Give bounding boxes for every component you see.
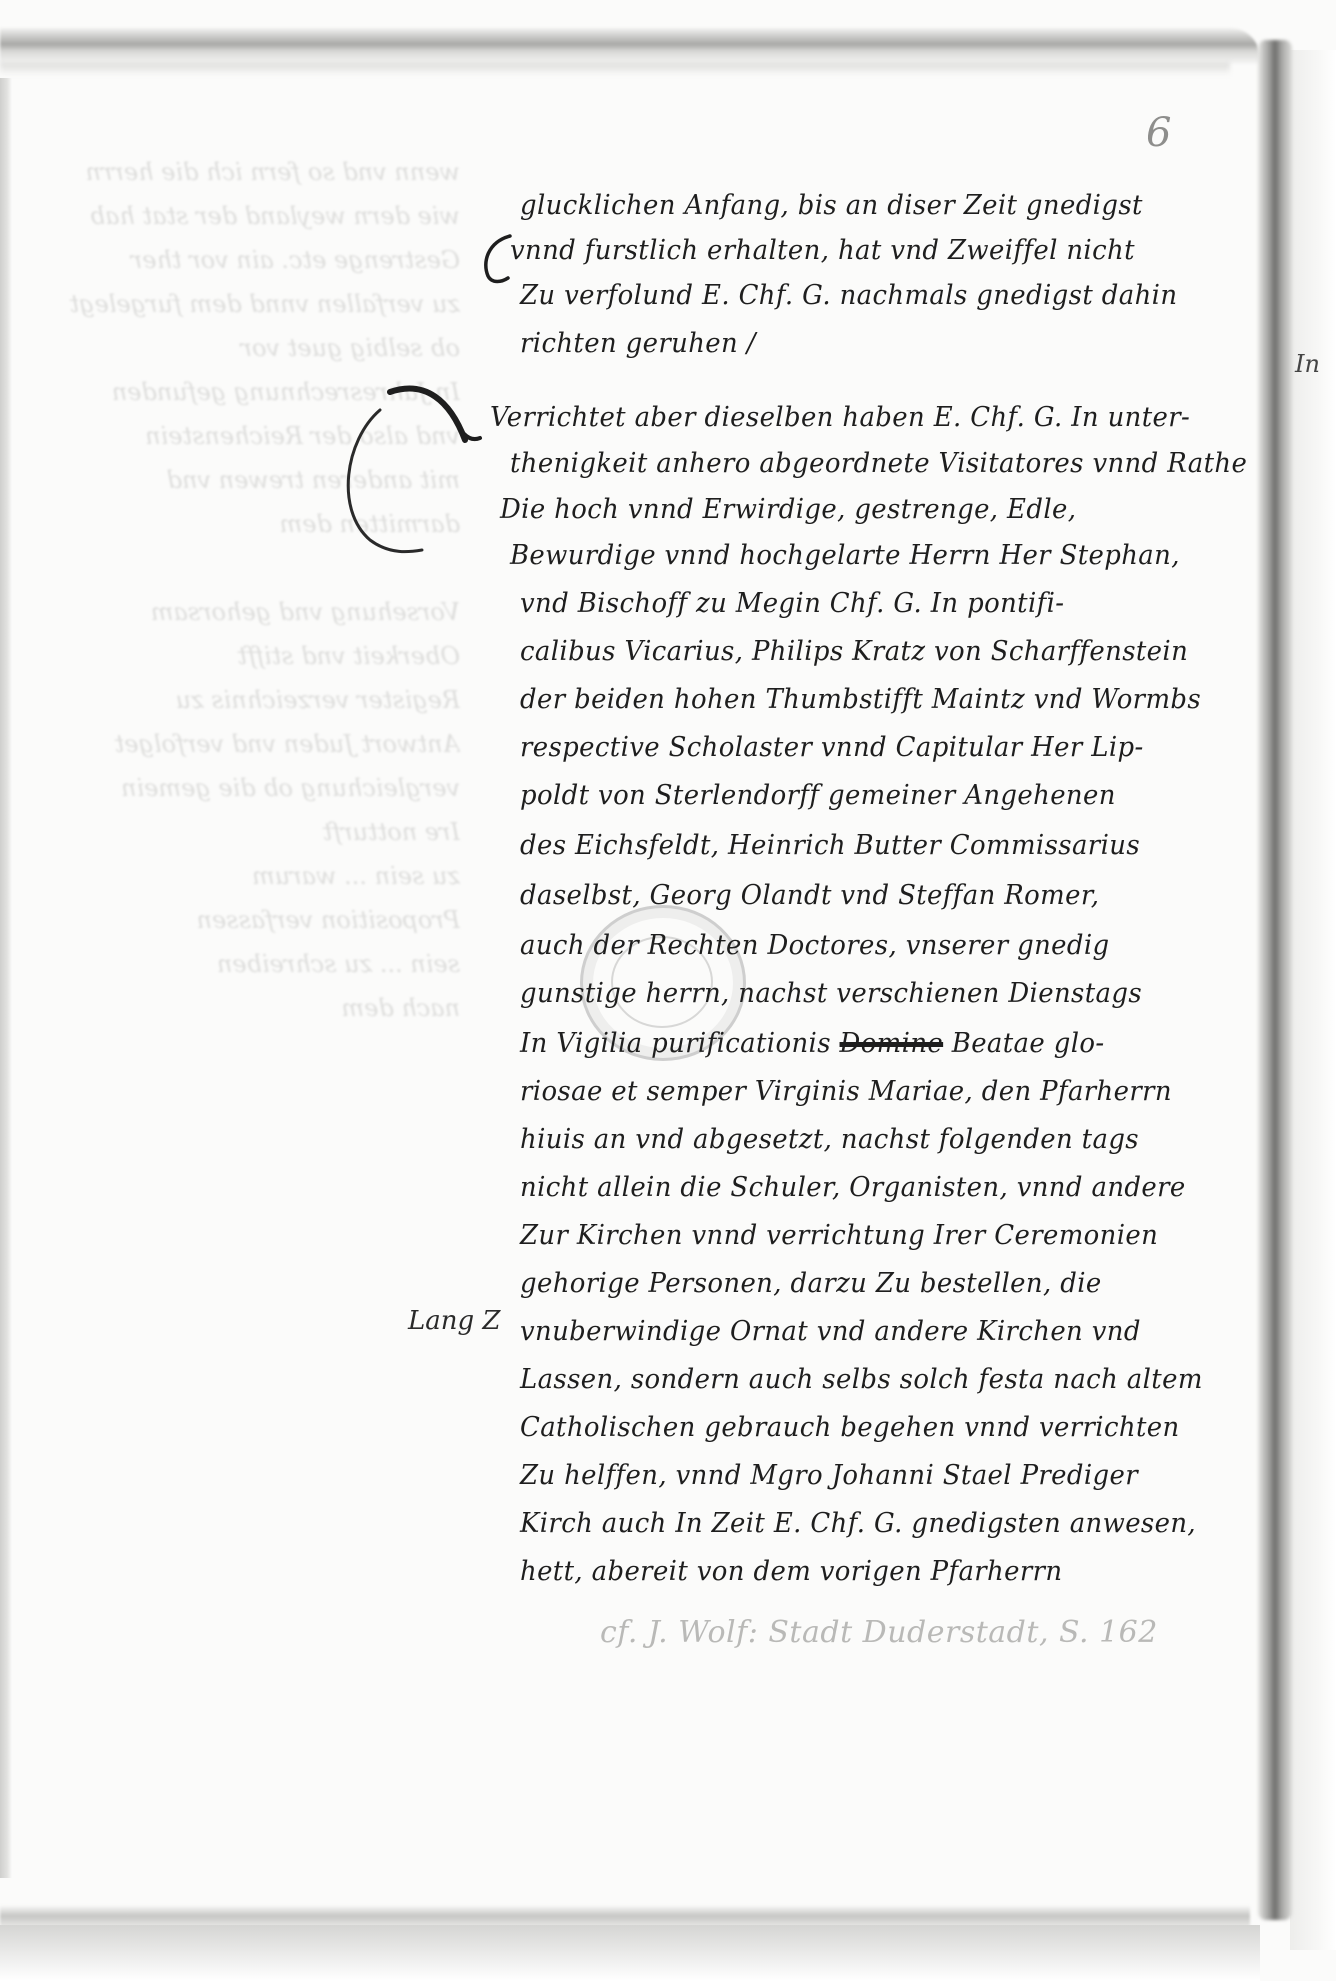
text-line: Zu helffen, vnnd Mgro Johanni Stael Pred… <box>520 1460 1138 1491</box>
struck-word: Domine <box>840 1028 944 1059</box>
bleed-line: Gestrenge etc. ain vor ther <box>40 238 460 282</box>
text-line: In Vigilia purificationis Domine Beatae … <box>520 1028 1105 1059</box>
text-line: auch der Rechten Doctores, vnserer gnedi… <box>520 930 1110 961</box>
pencil-reference: cf. J. Wolf: Stadt Duderstadt, S. 162 <box>600 1615 1158 1650</box>
text-line: Die hoch vnnd Erwirdige, gestrenge, Edle… <box>500 494 1076 525</box>
text-line: Bewurdige vnnd hochgelarte Herrn Her Ste… <box>510 540 1180 571</box>
bleed-line: ob selbig guet vor <box>40 326 460 370</box>
margin-note-left: Lang Z <box>408 1306 501 1336</box>
bleed-line: Register verzeichnis zu <box>40 678 460 722</box>
text-line: der beiden hohen Thumbstifft Maintz vnd … <box>520 684 1201 715</box>
bleed-line: nach dem <box>40 986 460 1030</box>
text-line: Kirch auch In Zeit E. Chf. G. gnedigsten… <box>520 1508 1196 1539</box>
folio-number: 6 <box>1146 110 1171 156</box>
text-line: glucklichen Anfang, bis an diser Zeit gn… <box>520 190 1143 221</box>
text-line: Zur Kirchen vnnd verrichtung Irer Ceremo… <box>520 1220 1158 1251</box>
bleed-line: Vorsehung vnd gehorsam <box>40 590 460 634</box>
page-top-shadow <box>0 62 1230 76</box>
bleed-line: Ire notturft <box>40 810 460 854</box>
bleed-line: sein ... zu schreiben <box>40 942 460 986</box>
manuscript-scan: wenn vnd so fern ich die herrn wie dern … <box>0 0 1336 1981</box>
text-line: gunstige herrn, nachst verschienen Diens… <box>520 978 1142 1009</box>
text-line: nicht allein die Schuler, Organisten, vn… <box>520 1172 1186 1203</box>
bleed-line: vergleichung ob die gemein <box>40 766 460 810</box>
text-line: des Eichsfeldt, Heinrich Butter Commissa… <box>520 830 1140 861</box>
page-bottom-shadow <box>0 1925 1260 1981</box>
text-line: hett, abereit von dem vorigen Pfarherrn <box>520 1556 1062 1587</box>
text-line: riosae et semper Virginis Mariae, den Pf… <box>520 1076 1172 1107</box>
bleed-line: Antwort Juden vnd verfolget <box>40 722 460 766</box>
text-line: Verrichtet aber dieselben haben E. Chf. … <box>490 402 1190 433</box>
text-line: daselbst, Georg Olandt vnd Steffan Romer… <box>520 880 1099 911</box>
text-line: Lassen, sondern auch selbs solch festa n… <box>520 1364 1203 1395</box>
text-line-end: Beatae glo- <box>943 1028 1104 1059</box>
underlying-page <box>1290 50 1336 1950</box>
bleed-line: wie dern weyland der stat hab <box>40 194 460 238</box>
margin-note-right: In <box>1295 350 1320 378</box>
text-line: thenigkeit anhero abgeordnete Visitatore… <box>510 448 1247 479</box>
page-left-edge <box>0 78 12 1878</box>
initial-flourish-icon <box>330 380 500 560</box>
text-line: vnuberwindige Ornat vnd andere Kirchen v… <box>520 1316 1141 1347</box>
text-line: vnd Bischoff zu Megin Chf. G. In pontifi… <box>520 588 1064 619</box>
text-line: poldt von Sterlendorff gemeiner Angehene… <box>520 780 1116 811</box>
text-line-start: In Vigilia purificationis <box>520 1028 840 1059</box>
bleed-line: Oberkeit vnd stifft <box>40 634 460 678</box>
page-bottom-edge <box>0 1905 1250 1927</box>
text-line: vnnd furstlich erhalten, hat vnd Zweiffe… <box>510 235 1135 266</box>
text-line: gehorige Personen, darzu Zu bestellen, d… <box>520 1268 1102 1299</box>
text-line: richten geruhen / <box>520 328 756 359</box>
bleed-line: zu sein ... warum <box>40 854 460 898</box>
bleed-line: Proposition verfassen <box>40 898 460 942</box>
page-top-edge <box>0 28 1260 64</box>
bleed-line: wenn vnd so fern ich die herrn <box>40 150 460 194</box>
text-line: respective Scholaster vnnd Capitular Her… <box>520 732 1144 763</box>
bleed-through-text: wenn vnd so fern ich die herrn wie dern … <box>40 150 460 1030</box>
binding-gutter <box>1258 40 1292 1920</box>
text-line: Catholischen gebrauch begehen vnnd verri… <box>520 1412 1180 1443</box>
text-line: hiuis an vnd abgesetzt, nachst folgenden… <box>520 1124 1139 1155</box>
text-line: Zu verfolund E. Chf. G. nachmals gnedigs… <box>520 280 1177 311</box>
bleed-line: zu verfallen vnnd dem furgelegt <box>40 282 460 326</box>
text-line: calibus Vicarius, Philips Kratz von Scha… <box>520 636 1188 667</box>
